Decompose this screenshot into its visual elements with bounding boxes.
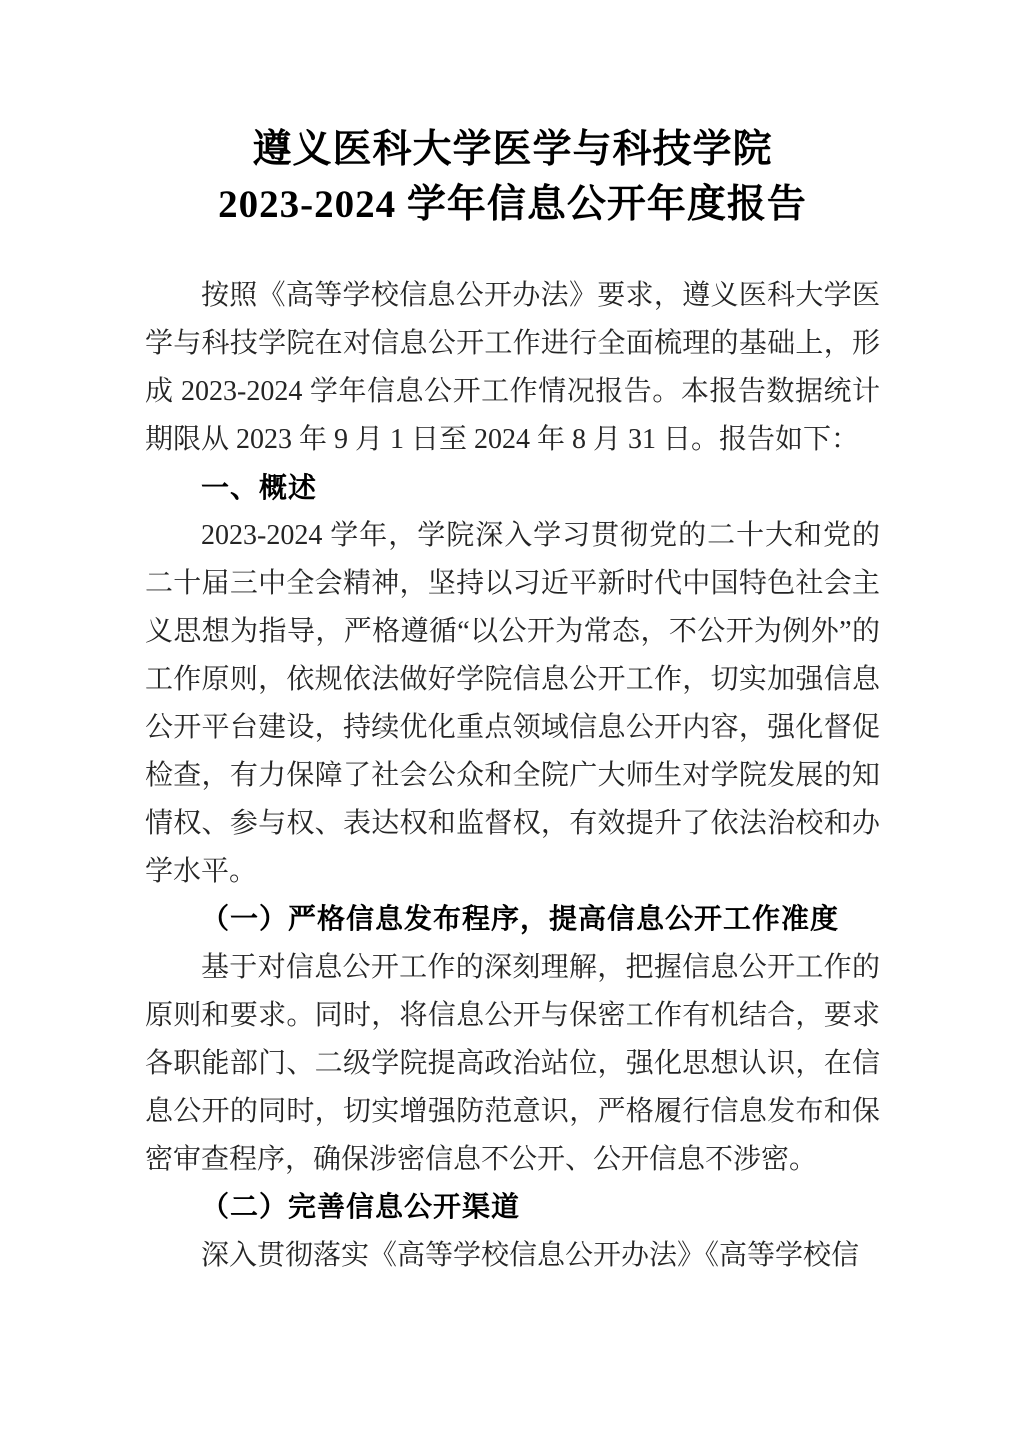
- strict-release-paragraph: 基于对信息公开工作的深刻理解，把握信息公开工作的原则和要求。同时，将信息公开与保…: [145, 944, 880, 1184]
- intro-paragraph: 按照《高等学校信息公开办法》要求，遵义医科大学医学与科技学院在对信息公开工作进行…: [145, 272, 880, 464]
- document-title-line-1: 遵义医科大学医学与科技学院: [145, 122, 880, 177]
- document-title-line-2: 2023-2024 学年信息公开年度报告: [145, 177, 880, 232]
- section-heading-overview: 一、概述: [145, 464, 880, 512]
- overview-paragraph: 2023-2024 学年，学院深入学习贯彻党的二十大和党的二十届三中全会精神，坚…: [145, 512, 880, 896]
- sub-heading-strict-release-procedure: （一）严格信息发布程序，提高信息公开工作准度: [145, 896, 880, 944]
- document-page: 遵义医科大学医学与科技学院 2023-2024 学年信息公开年度报告 按照《高等…: [0, 0, 1024, 1448]
- document-body: 按照《高等学校信息公开办法》要求，遵义医科大学医学与科技学院在对信息公开工作进行…: [145, 272, 880, 1280]
- document-title: 遵义医科大学医学与科技学院 2023-2024 学年信息公开年度报告: [145, 122, 880, 232]
- improve-channels-paragraph-partial: 深入贯彻落实《高等学校信息公开办法》《高等学校信: [145, 1232, 880, 1280]
- sub-heading-improve-channels: （二）完善信息公开渠道: [145, 1184, 880, 1232]
